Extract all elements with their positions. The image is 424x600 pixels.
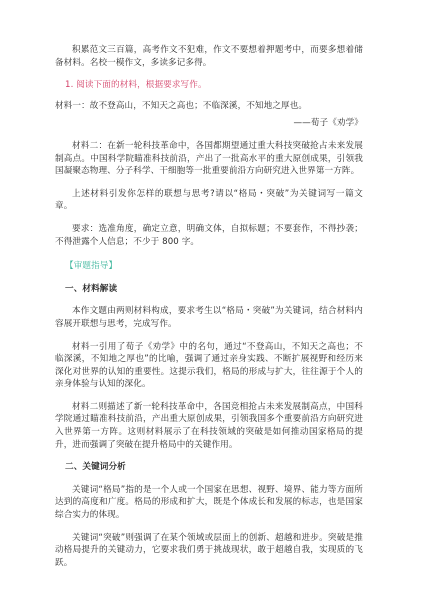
analysis-paragraph: 材料二则描述了新一轮科技革命中，各国竞相抢占未来发展制高点，中国科学院通过瞄准科… <box>55 401 363 451</box>
keyword-paragraph: 关键词“格局”指的是一个人或一个国家在思想、视野、境界、能力等方面所达到的高度和… <box>55 484 363 522</box>
question-title: 1. 阅读下面的材料，根据要求写作。 <box>55 79 363 92</box>
writing-requirements: 要求：选准角度，确定立意，明确文体，自拟标题；不要套作，不得抄袭；不得泄露个人信… <box>55 223 363 248</box>
analysis-paragraph: 材料一引用了荀子《劝学》中的名句，通过“不登高山，不知天之高也；不临深溪，不知地… <box>55 341 363 391</box>
material-two: 材料二：在新一轮科技革命中，各国都期望通过重大科技突破抢占未来发展制高点。中国科… <box>55 140 363 178</box>
material-one: 材料一：故不登高山，不知天之高也；不临深溪，不知地之厚也。 <box>55 100 363 113</box>
analysis-paragraph: 本作文题由两则材料构成，要求考生以“格局・突破”为关键词，结合材料内容展开联想与… <box>55 305 363 330</box>
section-heading-keyword-analysis: 二、关键词分析 <box>55 461 363 474</box>
section-heading-material-reading: 一、材料解读 <box>55 283 363 296</box>
material-one-source: ——荀子《劝学》 <box>55 117 363 130</box>
document-page: 积累范文三百篇，高考作文不犯难，作文不要想着押题考中，而要多想着储备材料。名校一… <box>55 44 363 569</box>
guide-label: 【审题指导】 <box>55 260 363 273</box>
intro-paragraph: 积累范文三百篇，高考作文不犯难，作文不要想着押题考中，而要多想着储备材料。名校一… <box>55 44 363 69</box>
keyword-paragraph: 关键词“突破”则强调了在某个领域或层面上的创新、超越和进步。突破是推动格局提升的… <box>55 532 363 570</box>
writing-prompt: 上述材料引发你怎样的联想与思考?请以“格局・突破”为关键词写一篇文章。 <box>55 188 363 213</box>
